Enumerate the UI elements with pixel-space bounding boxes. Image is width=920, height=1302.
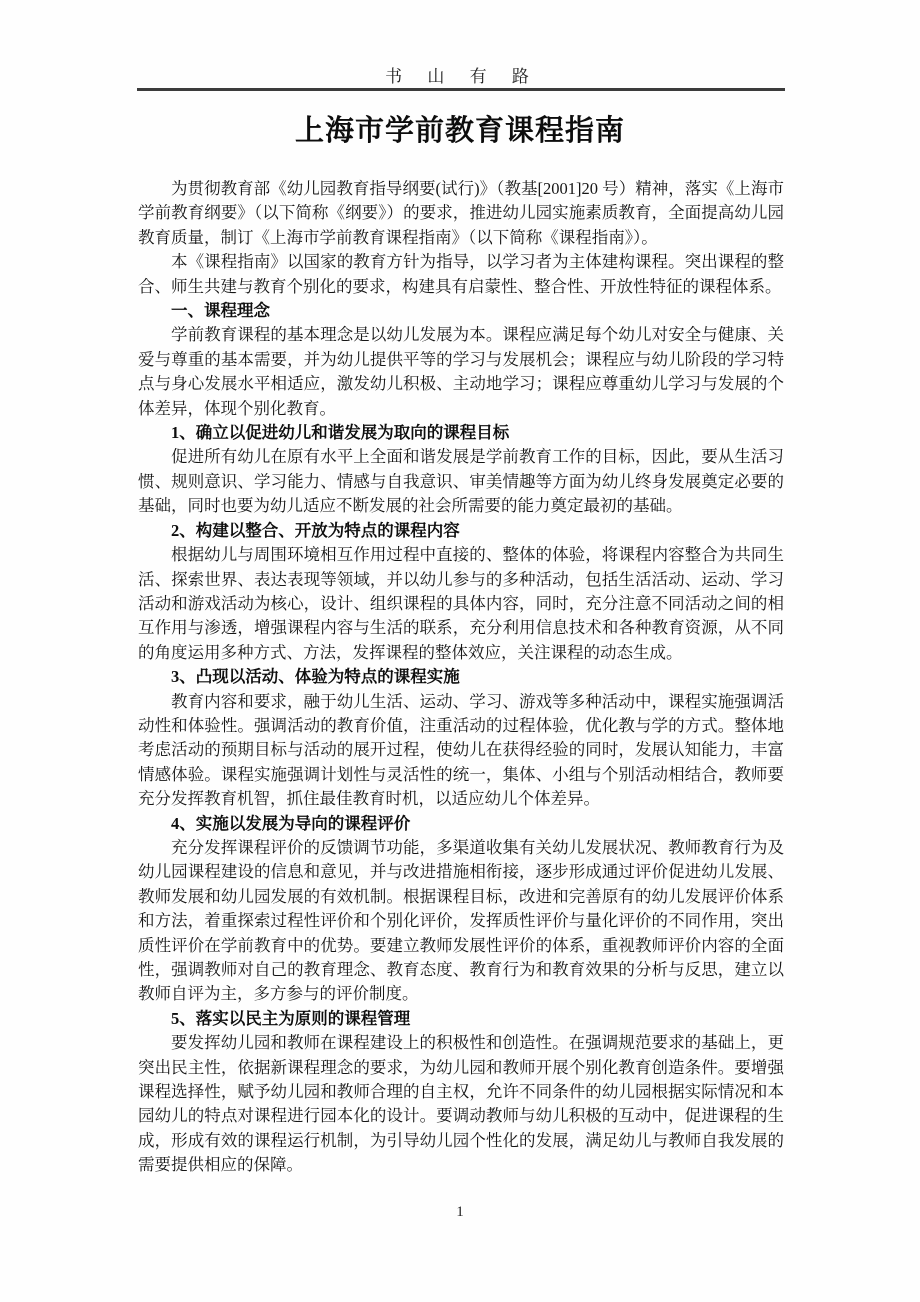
heading-content: 2、构建以整合、开放为特点的课程内容 xyxy=(138,519,784,543)
paragraph-goals: 促进所有幼儿在原有水平上全面和谐发展是学前教育工作的目标，因此，要从生活习惯、规… xyxy=(138,445,784,518)
page-title: 上海市学前教育课程指南 xyxy=(0,108,920,149)
paragraph-overview: 本《课程指南》以国家的教育方针为指导，以学习者为主体建构课程。突出课程的整合、师… xyxy=(138,250,784,299)
document-body: 为贯彻教育部《幼儿园教育指导纲要(试行)》（教基[2001]20 号）精神，落实… xyxy=(138,177,784,1178)
paragraph-preamble: 为贯彻教育部《幼儿园教育指导纲要(试行)》（教基[2001]20 号）精神，落实… xyxy=(138,177,784,250)
header-watermark: 书 山 有 路 xyxy=(0,62,920,87)
heading-section-concepts: 一、课程理念 xyxy=(138,299,784,323)
document-page: 书 山 有 路 上海市学前教育课程指南 为贯彻教育部《幼儿园教育指导纲要(试行)… xyxy=(0,0,920,1302)
header-divider xyxy=(137,88,785,91)
heading-goals: 1、确立以促进幼儿和谐发展为取向的课程目标 xyxy=(138,421,784,445)
paragraph-concepts: 学前教育课程的基本理念是以幼儿发展为本。课程应满足每个幼儿对安全与健康、关爱与尊… xyxy=(138,323,784,421)
heading-evaluation: 4、实施以发展为导向的课程评价 xyxy=(138,812,784,836)
paragraph-implementation: 教育内容和要求，融于幼儿生活、运动、学习、游戏等多种活动中，课程实施强调活动性和… xyxy=(138,690,784,812)
paragraph-evaluation: 充分发挥课程评价的反馈调节功能，多渠道收集有关幼儿发展状况、教师教育行为及幼儿园… xyxy=(138,836,784,1007)
paragraph-management: 要发挥幼儿园和教师在课程建设上的积极性和创造性。在强调规范要求的基础上，更突出民… xyxy=(138,1031,784,1177)
paragraph-content: 根据幼儿与周围环境相互作用过程中直接的、整体的体验，将课程内容整合为共同生活、探… xyxy=(138,543,784,665)
heading-implementation: 3、凸现以活动、体验为特点的课程实施 xyxy=(138,665,784,689)
heading-management: 5、落实以民主为原则的课程管理 xyxy=(138,1007,784,1031)
page-number: 1 xyxy=(0,1204,920,1221)
